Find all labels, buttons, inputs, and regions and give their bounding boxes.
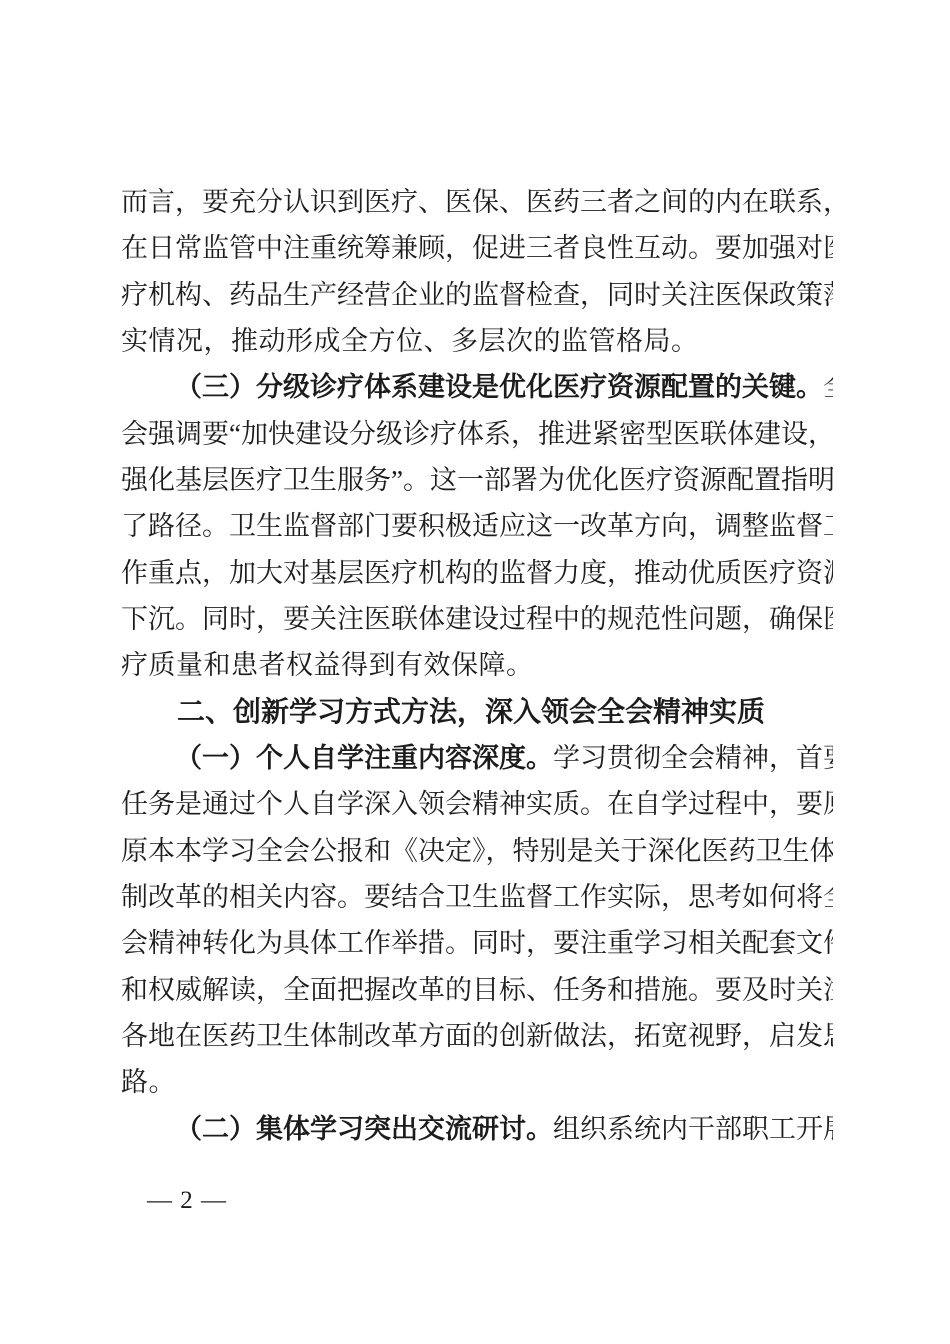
text-line: 疗机构、药品生产经营企业的监督检查，同时关注医保政策落 bbox=[121, 272, 833, 318]
text-line: 路。 bbox=[121, 1059, 833, 1105]
body-text-segment: 会精神转化为具体工作举措。同时，要注重学习相关配套文件 bbox=[121, 928, 833, 958]
document-page: 而言，要充分认识到医疗、医保、医药三者之间的内在联系，在日常监管中注重统筹兼顾，… bbox=[0, 0, 950, 1344]
text-line: 会强调要“加快建设分级诊疗体系，推进紧密型医联体建设， bbox=[121, 411, 833, 457]
body-text-segment: 疗质量和患者权益得到有效保障。 bbox=[121, 650, 534, 680]
document-text: 而言，要充分认识到医疗、医保、医药三者之间的内在联系，在日常监管中注重统筹兼顾，… bbox=[121, 179, 833, 1152]
body-text-segment: 实情况，推动形成全方位、多层次的监管格局。 bbox=[121, 326, 699, 356]
section-heading: 二、创新学习方式方法，深入领会全会精神实质 bbox=[121, 689, 833, 735]
text-line: 在日常监管中注重统筹兼顾，促进三者良性互动。要加强对医 bbox=[121, 225, 833, 271]
text-line: （二）集体学习突出交流研讨。组织系统内干部职工开展 bbox=[121, 1106, 833, 1152]
text-line: 实情况，推动形成全方位、多层次的监管格局。 bbox=[121, 318, 833, 364]
body-text-segment: 组织系统内干部职工开展 bbox=[553, 1114, 833, 1144]
text-line: 制改革的相关内容。要结合卫生监督工作实际，思考如何将全 bbox=[121, 874, 833, 920]
text-line: 原本本学习全会公报和《决定》，特别是关于深化医药卫生体 bbox=[121, 828, 833, 874]
body-text-segment: 各地在医药卫生体制改革方面的创新做法，拓宽视野，启发思 bbox=[121, 1021, 833, 1051]
page-number: — 2 — bbox=[147, 1186, 227, 1216]
body-text-segment: 作重点，加大对基层医疗机构的监督力度，推动优质医疗资源 bbox=[121, 558, 833, 588]
text-line: 作重点，加大对基层医疗机构的监督力度，推动优质医疗资源 bbox=[121, 550, 833, 596]
text-line: 了路径。卫生监督部门要积极适应这一改革方向，调整监督工 bbox=[121, 503, 833, 549]
body-text-segment: 下沉。同时，要关注医联体建设过程中的规范性问题，确保医 bbox=[121, 604, 833, 634]
body-text-segment: 强化基层医疗卫生服务”。这一部署为优化医疗资源配置指明 bbox=[121, 465, 833, 495]
subheading-lead: （二）集体学习突出交流研讨。 bbox=[175, 1114, 553, 1144]
body-text-segment: 在日常监管中注重统筹兼顾，促进三者良性互动。要加强对医 bbox=[121, 233, 833, 263]
text-line: 强化基层医疗卫生服务”。这一部署为优化医疗资源配置指明 bbox=[121, 457, 833, 503]
body-text-segment: 和权威解读，全面把握改革的目标、任务和措施。要及时关注 bbox=[121, 975, 833, 1005]
body-text-segment: 了路径。卫生监督部门要积极适应这一改革方向，调整监督工 bbox=[121, 511, 833, 541]
body-text-segment: 制改革的相关内容。要结合卫生监督工作实际，思考如何将全 bbox=[121, 882, 833, 912]
body-text-segment: 会强调要“加快建设分级诊疗体系，推进紧密型医联体建设， bbox=[121, 419, 833, 449]
subheading-lead: （一）个人自学注重内容深度。 bbox=[175, 743, 553, 773]
text-line: 和权威解读，全面把握改革的目标、任务和措施。要及时关注 bbox=[121, 967, 833, 1013]
text-line: （一）个人自学注重内容深度。学习贯彻全会精神，首要 bbox=[121, 735, 833, 781]
subheading-lead: （三）分级诊疗体系建设是优化医疗资源配置的关键。 bbox=[175, 372, 823, 402]
body-text-segment: 学习贯彻全会精神，首要 bbox=[553, 743, 833, 773]
body-text-segment: 任务是通过个人自学深入领会精神实质。在自学过程中，要原 bbox=[121, 789, 833, 819]
text-line: 会精神转化为具体工作举措。同时，要注重学习相关配套文件 bbox=[121, 920, 833, 966]
text-line: 各地在医药卫生体制改革方面的创新做法，拓宽视野，启发思 bbox=[121, 1013, 833, 1059]
text-line: 下沉。同时，要关注医联体建设过程中的规范性问题，确保医 bbox=[121, 596, 833, 642]
text-line: 任务是通过个人自学深入领会精神实质。在自学过程中，要原 bbox=[121, 781, 833, 827]
text-line: 疗质量和患者权益得到有效保障。 bbox=[121, 642, 833, 688]
body-text-segment: 而言，要充分认识到医疗、医保、医药三者之间的内在联系， bbox=[121, 187, 833, 217]
body-text-segment: 疗机构、药品生产经营企业的监督检查，同时关注医保政策落 bbox=[121, 280, 833, 310]
body-text-segment: 路。 bbox=[121, 1067, 176, 1097]
text-line: （三）分级诊疗体系建设是优化医疗资源配置的关键。全 bbox=[121, 364, 833, 410]
body-text-segment: 原本本学习全会公报和《决定》，特别是关于深化医药卫生体 bbox=[121, 836, 833, 866]
body-text-segment: 全 bbox=[823, 372, 833, 402]
text-line: 而言，要充分认识到医疗、医保、医药三者之间的内在联系， bbox=[121, 179, 833, 225]
